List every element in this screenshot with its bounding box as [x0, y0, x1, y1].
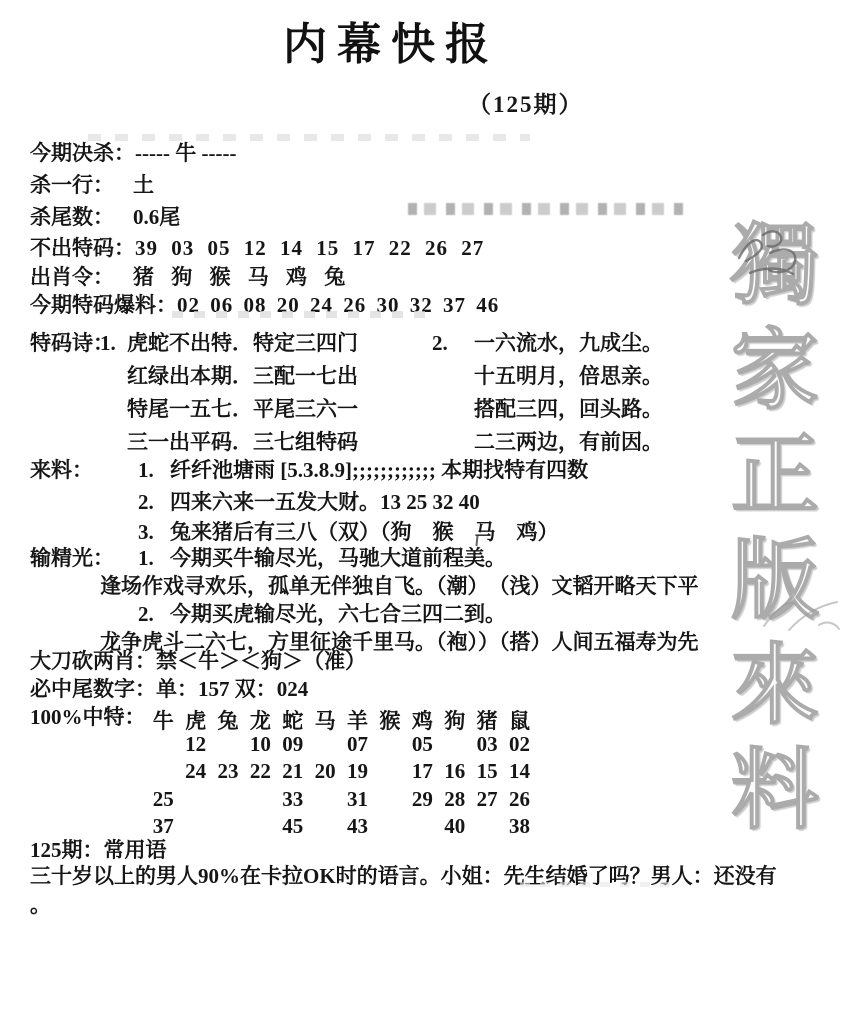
- lailiao-item-no: 3.: [138, 520, 154, 544]
- grid-number-cell: [179, 787, 211, 814]
- pen-scribble-artifact: [758, 594, 842, 640]
- line-buchutema: 不出特码：39 03 05 12 14 15 17 22 26 27: [30, 236, 484, 260]
- juesha-value: ----- 牛 -----: [135, 141, 236, 165]
- erased-text-artifact: [408, 203, 688, 215]
- shujingguang-text: 逢场作戏寻欢乐，孤单无伴独自飞。（潮） （浅）文韬开略天下平: [100, 574, 699, 598]
- grid-number-cell: 45: [277, 814, 309, 841]
- lailiao-item-text: 兔来猪后有三八（双）（狗 猴 马 鸡）: [170, 520, 559, 544]
- grid-number-cell: 10: [244, 732, 276, 759]
- grid-number-cell: 29: [406, 787, 438, 814]
- grid-number-cell: [244, 814, 276, 841]
- grid-number-cell: [309, 814, 341, 841]
- grid-number-cell: 43: [341, 814, 373, 841]
- grid-number-cell: [212, 814, 244, 841]
- grid-number-cell: 14: [503, 759, 535, 786]
- shaweishu-value: 0.6尾: [133, 205, 180, 229]
- grid-number-cell: 15: [471, 759, 503, 786]
- grid-number-cell: 16: [439, 759, 471, 786]
- grid-number-cell: 37: [147, 814, 179, 841]
- shayihang-value: 土: [133, 173, 154, 197]
- lailiao-item-text: 四来六来一五发大财。13 25 32 40: [170, 490, 480, 514]
- erased-text-artifact: [520, 882, 670, 887]
- tema-poem-left-line: 红绿出本期．三配一七出: [127, 364, 358, 388]
- grid-number-cell: 33: [277, 787, 309, 814]
- grid-number-cell: [374, 759, 406, 786]
- zodiac-header-cell: 猴: [374, 705, 406, 732]
- zodiac-header-cell: 兔: [212, 705, 244, 732]
- shujingguang-no: 1.: [138, 546, 154, 570]
- bizhong-value: 单：157 双：024: [156, 677, 308, 701]
- grid-number-cell: 26: [503, 787, 535, 814]
- issue-number: （125期）: [468, 86, 584, 119]
- lailiao-label: 来料：: [30, 458, 93, 482]
- zodiac-header-cell: 虎: [179, 705, 211, 732]
- shujingguang-no: 2.: [138, 602, 154, 626]
- grid-number-cell: 12: [179, 732, 211, 759]
- grid-number-cell: [374, 732, 406, 759]
- grid-number-cell: 28: [439, 787, 471, 814]
- erased-text-artifact: [88, 134, 530, 141]
- footer-joke-end: 。: [30, 893, 51, 917]
- grid-number-cell: 02: [503, 732, 535, 759]
- line-juesha: 今期决杀：----- 牛 -----: [30, 141, 236, 165]
- shujingguang-text: 今期买牛输尽光，马驰大道前程美。: [170, 546, 506, 570]
- shujingguang-label: 输精光：: [30, 546, 114, 570]
- grid-label: 100%中特：: [30, 705, 146, 729]
- dadao-value: 禁＜牛＞＜狗＞（准）: [156, 649, 366, 673]
- page-title: 内幕快报: [283, 8, 499, 72]
- lailiao-item-text: 纤纤池塘雨 [5.3.8.9];;;;;;;;;;;; 本期找特有四数: [170, 458, 588, 482]
- grid-number-cell: [374, 787, 406, 814]
- grid-number-cell: [147, 759, 179, 786]
- grid-number-cell: [374, 814, 406, 841]
- grid-number-cell: 21: [277, 759, 309, 786]
- zodiac-header-cell: 牛: [147, 705, 179, 732]
- grid-number-cell: [179, 814, 211, 841]
- line-shayihang: 杀一行：土: [30, 173, 154, 197]
- tema-poem-no1: 1.: [100, 331, 116, 355]
- grid-number-cell: 07: [341, 732, 373, 759]
- tema-poem-no2: 2.: [432, 331, 448, 355]
- tema-poem-right-line: 搭配三四，回头路。: [474, 397, 663, 421]
- zodiac-grid: 牛虎兔龙蛇马羊猴鸡狗猪鼠1210090705030224232221201917…: [147, 705, 536, 841]
- tema-poem-right-line: 十五明月，倍思亲。: [474, 364, 663, 388]
- grid-number-cell: 03: [471, 732, 503, 759]
- newspaper-page: 内幕快报 （125期） 獨家正版來料 今期决杀：----- 牛 ----- 杀一…: [0, 0, 842, 1024]
- grid-number-cell: [439, 732, 471, 759]
- grid-number-cell: 27: [471, 787, 503, 814]
- grid-number-cell: 19: [341, 759, 373, 786]
- grid-number-cell: [147, 732, 179, 759]
- grid-number-cell: [212, 732, 244, 759]
- line-bizhong: 必中尾数字：单：157 双：024: [30, 677, 308, 701]
- line-chuxiaoling: 出肖令：猪 狗 猴 马 鸡 兔: [30, 265, 345, 289]
- grid-number-cell: 31: [341, 787, 373, 814]
- zodiac-header-cell: 狗: [439, 705, 471, 732]
- footer-issue-line: 125期：常用语: [30, 838, 167, 862]
- tema-poem-left-line: 特尾一五七．平尾三六一: [127, 397, 358, 421]
- grid-number-cell: 20: [309, 759, 341, 786]
- tema-poem-left-line: 三一出平码．三七组特码: [127, 430, 358, 454]
- chuxiaoling-value: 猪 狗 猴 马 鸡 兔: [133, 265, 345, 289]
- grid-number-cell: [309, 787, 341, 814]
- pen-scribble-artifact: [733, 222, 808, 287]
- grid-number-cell: 22: [244, 759, 276, 786]
- grid-number-cell: [406, 814, 438, 841]
- buchutema-value: 39 03 05 12 14 15 17 22 26 27: [135, 236, 484, 260]
- buchutema-label: 不出特码：: [30, 236, 135, 260]
- zodiac-header-cell: 鼠: [503, 705, 535, 732]
- grid-number-cell: [212, 787, 244, 814]
- grid-number-cell: 24: [179, 759, 211, 786]
- grid-number-cell: 40: [439, 814, 471, 841]
- grid-number-cell: [471, 814, 503, 841]
- bizhong-label: 必中尾数字：: [30, 677, 156, 701]
- shayihang-label: 杀一行：: [30, 173, 133, 197]
- dadao-label: 大刀砍两肖：: [30, 649, 156, 673]
- grid-number-cell: 17: [406, 759, 438, 786]
- tema-poem-right-line: 二三两边，有前因。: [474, 430, 663, 454]
- shaweishu-label: 杀尾数：: [30, 205, 133, 229]
- chuxiaoling-label: 出肖令：: [30, 265, 133, 289]
- grid-number-cell: 23: [212, 759, 244, 786]
- line-shaweishu: 杀尾数：0.6尾: [30, 205, 180, 229]
- juesha-label: 今期决杀：: [30, 141, 135, 165]
- grid-number-cell: 05: [406, 732, 438, 759]
- tema-poem-left-line: 虎蛇不出特．特定三四门: [127, 331, 358, 355]
- tema-poem-right-line: 一六流水，九成尘。: [474, 331, 663, 355]
- baoliao-label: 今期特码爆料：: [30, 293, 177, 317]
- grid-number-cell: 25: [147, 787, 179, 814]
- line-dadao: 大刀砍两肖：禁＜牛＞＜狗＞（准）: [30, 649, 366, 673]
- watermark-text: 獨家正版來料: [703, 218, 829, 848]
- erased-text-artifact: [172, 311, 428, 318]
- grid-number-cell: 09: [277, 732, 309, 759]
- shujingguang-text: 今期买虎输尽光，六七合三四二到。: [170, 602, 506, 626]
- grid-number-cell: 38: [503, 814, 535, 841]
- zodiac-header-cell: 马: [309, 705, 341, 732]
- grid-number-cell: [309, 732, 341, 759]
- zodiac-header-cell: 鸡: [406, 705, 438, 732]
- grid-number-cell: [244, 787, 276, 814]
- lailiao-item-no: 1.: [138, 458, 154, 482]
- zodiac-header-cell: 羊: [341, 705, 373, 732]
- zodiac-header-cell: 猪: [471, 705, 503, 732]
- zodiac-header-cell: 蛇: [277, 705, 309, 732]
- zodiac-header-cell: 龙: [244, 705, 276, 732]
- lailiao-item-no: 2.: [138, 490, 154, 514]
